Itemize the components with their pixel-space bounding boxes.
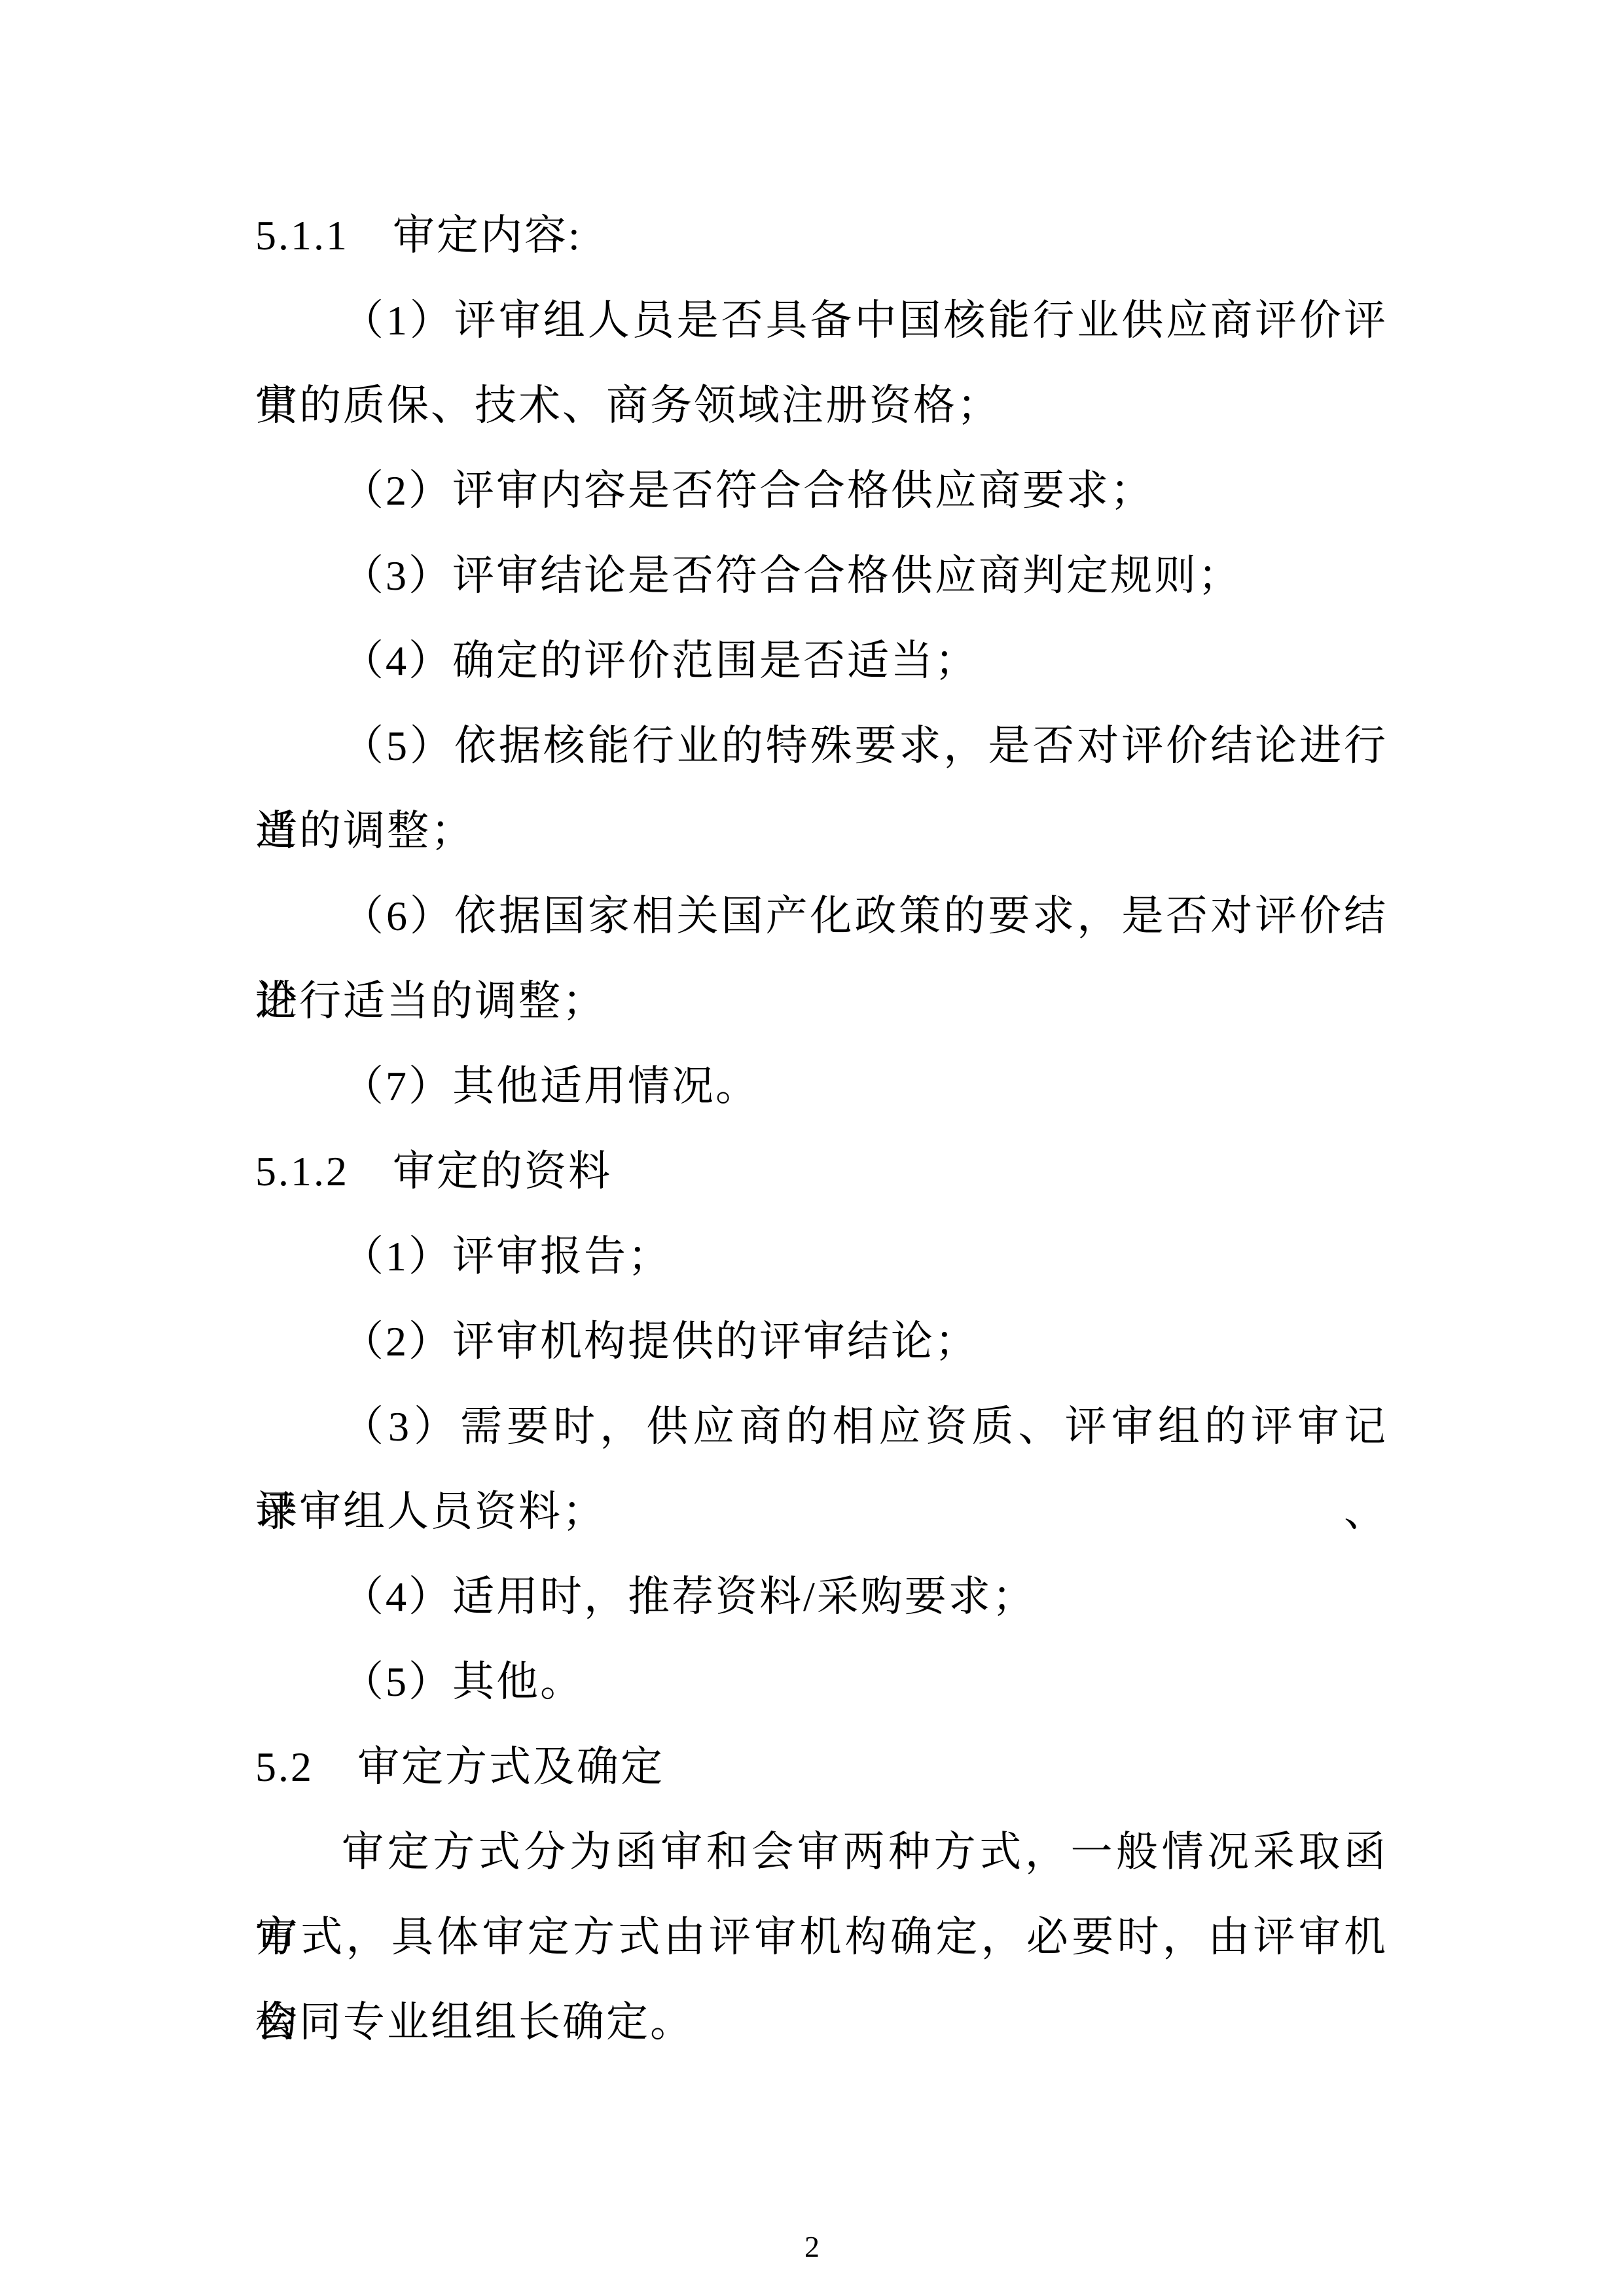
text-line: （2）评审内容是否符合合格供应商要求； [255,448,1388,533]
document-page: 5.1.1 审定内容: （1）评审组人员是否具备中国核能行业供应商评价评审 员的… [0,0,1624,2296]
text-line: 审定方式分为函审和会审两种方式，一般情况采取函审 [255,1810,1388,1895]
text-line: 当的调整； [255,789,1388,874]
text-line: （5）依据核能行业的特殊要求，是否对评价结论进行适 [255,704,1388,789]
text-line: （7）其他适用情况。 [255,1044,1388,1129]
text-line: 方式，具体审定方式由评审机构确定，必要时，由评审机构 [255,1895,1388,1980]
text-line: 会同专业组组长确定。 [255,1980,1388,2065]
page-number: 2 [0,2224,1624,2270]
text-line: （4）适用时，推荐资料/采购要求； [255,1554,1388,1640]
text-line: （1）评审组人员是否具备中国核能行业供应商评价评审 [255,278,1388,363]
text-line: （5）其他。 [255,1640,1388,1725]
text-line: （3）需要时，供应商的相应资质、评审组的评审记录、 [255,1384,1388,1469]
text-line: （4）确定的评价范围是否适当； [255,619,1388,704]
body-text: 5.1.1 审定内容: （1）评审组人员是否具备中国核能行业供应商评价评审 员的… [255,193,1388,2065]
text-line: （3）评审结论是否符合合格供应商判定规则； [255,533,1388,619]
text-line: （6）依据国家相关国产化政策的要求，是否对评价结论 [255,874,1388,959]
section-heading: 5.1.1 审定内容: [255,193,1388,278]
section-heading: 5.1.2 审定的资料 [255,1129,1388,1214]
text-line: 员的质保、技术、商务领域注册资格； [255,363,1388,448]
section-heading: 5.2 审定方式及确定 [255,1725,1388,1810]
text-line: 进行适当的调整； [255,959,1388,1044]
text-line: （2）评审机构提供的评审结论； [255,1299,1388,1384]
text-line: （1）评审报告； [255,1214,1388,1299]
